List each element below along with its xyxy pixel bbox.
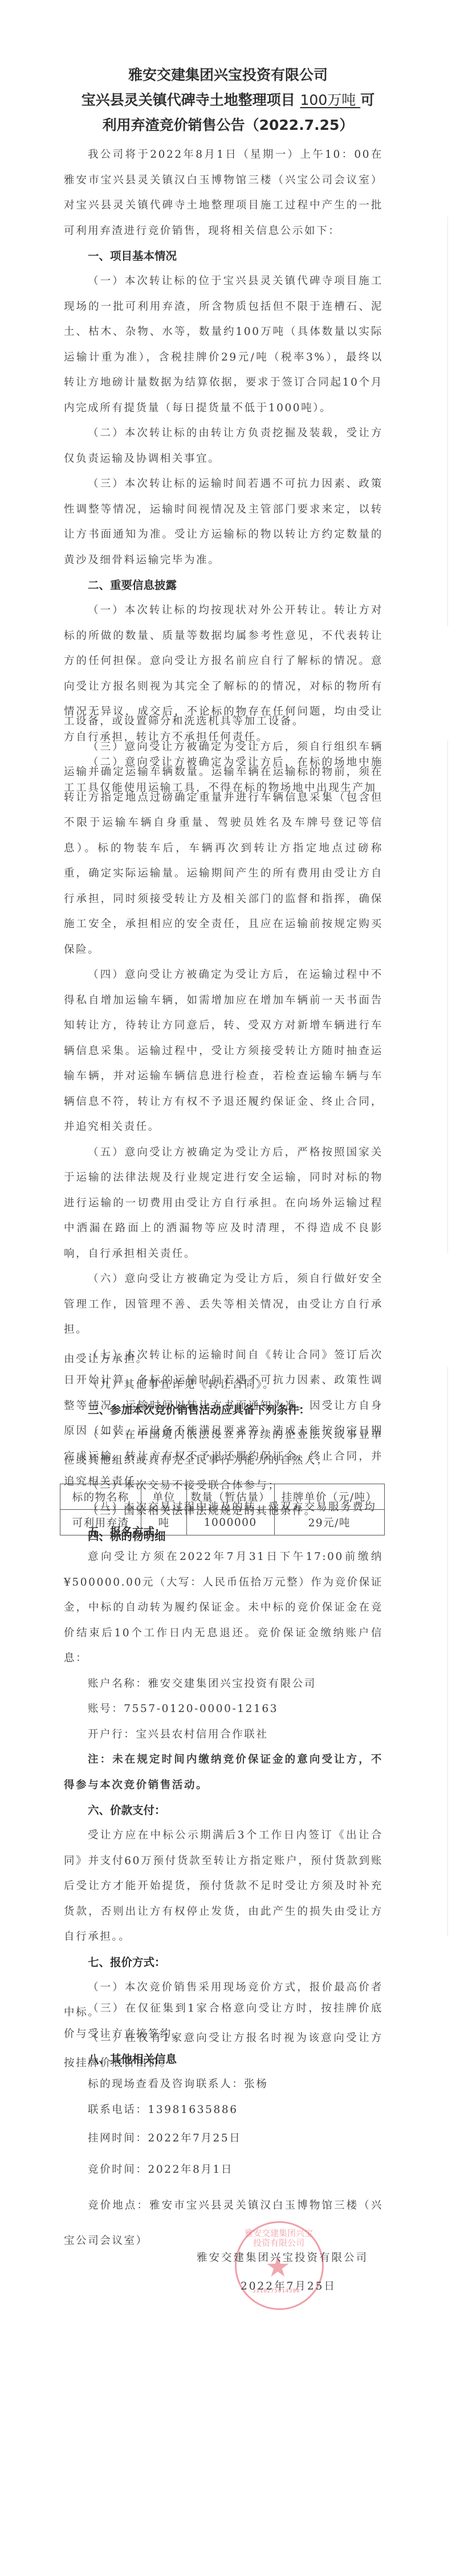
title-line-1: 雅安交建集团兴宝投资有限公司 <box>0 63 456 88</box>
table-header: 单位 <box>141 1484 187 1510</box>
signature-company: 雅安交建集团兴宝投资有限公司 <box>197 2250 368 2264</box>
title-quantity: 100万吨 <box>300 92 361 108</box>
s1-item-2: （二）本次转让标的由转让方负责挖掘及装载，受让方仅负责运输及协调相关事宜。 <box>64 421 383 472</box>
bidding-date: 竞价时间：2022年8月1日 <box>64 2157 383 2183</box>
page-edge <box>447 740 448 1253</box>
page-4-body: （三）在仅征集到1家合格意向受让方时，按挂牌价底价与受让方直接签约。 八、其他相… <box>64 1996 383 2259</box>
page-3-body-cont: 五、报名方式： 意向受让方须在2022年7月31日下午17:00前缴纳¥5000… <box>64 1520 383 2077</box>
section-6-heading: 六、价款支付： <box>64 1798 383 1823</box>
signature-date: 2022年7月25日 <box>241 2278 336 2293</box>
seal-text: 雅安交建集团兴宝投资有限公司 <box>245 2229 313 2248</box>
deposit-note: 注：未在规定时间内缴纳竞价保证金的意向受让方，不得参与本次竞价销售活动。 <box>64 1747 383 1798</box>
account-number: 账号：7557-0120-0000-12163 <box>64 1697 383 1722</box>
bank-name: 开户行：宝兴县农村信用合作联社 <box>64 1722 383 1748</box>
table-header: 挂牌单价（元/吨） <box>274 1484 384 1510</box>
section-1-heading: 一、项目基本情况 <box>64 244 383 269</box>
title-line-2: 宝兴县灵关镇代碑寺土地整理项目 100万吨 可 <box>0 88 456 113</box>
s1-item-1: （一）本次转让标的位于宝兴县灵关镇代碑寺项目施工现场的一批可利用弃渣，所含物质包… <box>64 269 383 421</box>
s2-item-4: （四）意向受让方被确定为受让方后，在运输过程中不得私自增加运输车辆，如需增加应在… <box>64 963 383 1140</box>
listing-date: 挂网时间：2022年7月25日 <box>64 2126 383 2152</box>
account-name: 账户名称：雅安交建集团兴宝投资有限公司 <box>64 1672 383 1697</box>
company-seal: 雅安交建集团兴宝投资有限公司 ★ 5118275014388 <box>235 2221 324 2310</box>
section-7-heading: 七、报价方式： <box>64 1950 383 1975</box>
table-header: 标的物名称 <box>60 1484 141 1510</box>
s6-body: 受让方应在中标公示期满后3个工作日内签订《出让合同》并支付60万预付货款至转让方… <box>64 1823 383 1950</box>
contact-person: 标的现场查看及咨询联系人：张杨 <box>64 2072 383 2098</box>
table-header: 数量（暂估量） <box>186 1484 274 1510</box>
intro-paragraph: 我公司将于2022年8月1日（星期一）上午10：00在雅安市宝兴县灵关镇汉白玉博… <box>64 142 383 244</box>
s1-item-3: （三）本次转让标的运输时间若遇不可抗力因素、政策性调整等情况，运输时间视情况及主… <box>64 472 383 573</box>
section-3-heading: 三、参加本次竞价销售活动应具备下列条件： <box>64 1398 383 1423</box>
s5-body: 意向受让方须在2022年7月31日下午17:00前缴纳¥500000.00元（大… <box>64 1545 383 1672</box>
contact-phone: 联系电话：13981635886 <box>64 2098 383 2123</box>
table-header-row: 标的物名称 单位 数量（暂估量） 挂牌单价（元/吨） <box>60 1484 385 1510</box>
page-1-body: 我公司将于2022年8月1日（星期一）上午10：00在雅安市宝兴县灵关镇汉白玉博… <box>64 142 383 801</box>
section-2-heading: 二、重要信息披露 <box>64 573 383 598</box>
page-edge <box>447 216 448 626</box>
s2-item-9: （九）其他事宜详见《转让合同》。 <box>64 1373 383 1398</box>
section-8-heading: 八、其他相关信息 <box>64 2047 383 2072</box>
bidding-place: 竞价地点：雅安市宝兴县灵关镇汉白玉博物馆三楼（兴宝公司会议室） <box>64 2188 383 2259</box>
s2-item-2-part2: 工设备，或设置筛分和洗选机具等加工设备。 <box>64 709 383 735</box>
s2-item-8-part2: 由受让方承担。 <box>64 1347 383 1373</box>
section-5-heading: 五、报名方式： <box>64 1520 383 1545</box>
document-title: 雅安交建集团兴宝投资有限公司 宝兴县灵关镇代碑寺土地整理项目 100万吨 可 利… <box>0 63 456 138</box>
s3-item-1: （一）在中国境内依法设立并存续的企业法人或事业单位或其他组织或具有完全民事行为能… <box>64 1423 383 1473</box>
s2-item-5: （五）意向受让方被确定为受让方后，严格按照国家关于运输的法律法规及行业规定进行安… <box>64 1140 383 1267</box>
s2-item-3: （三）意向受让方被确定为受让方后，须自行组织车辆运输并确定运输车辆数量。运输车辆… <box>64 735 383 963</box>
title-line-3: 利用弃渣竞价销售公告（2022.7.25） <box>0 113 456 138</box>
page-edge <box>447 1367 448 1936</box>
s7-item-3: （三）在仅征集到1家合格意向受让方时，按挂牌价底价与受让方直接签约。 <box>64 1996 383 2047</box>
s2-item-6: （六）意向受让方被确定为受让方后，须自行做好安全管理工作，因管理不善、丢失等相关… <box>64 1267 383 1343</box>
